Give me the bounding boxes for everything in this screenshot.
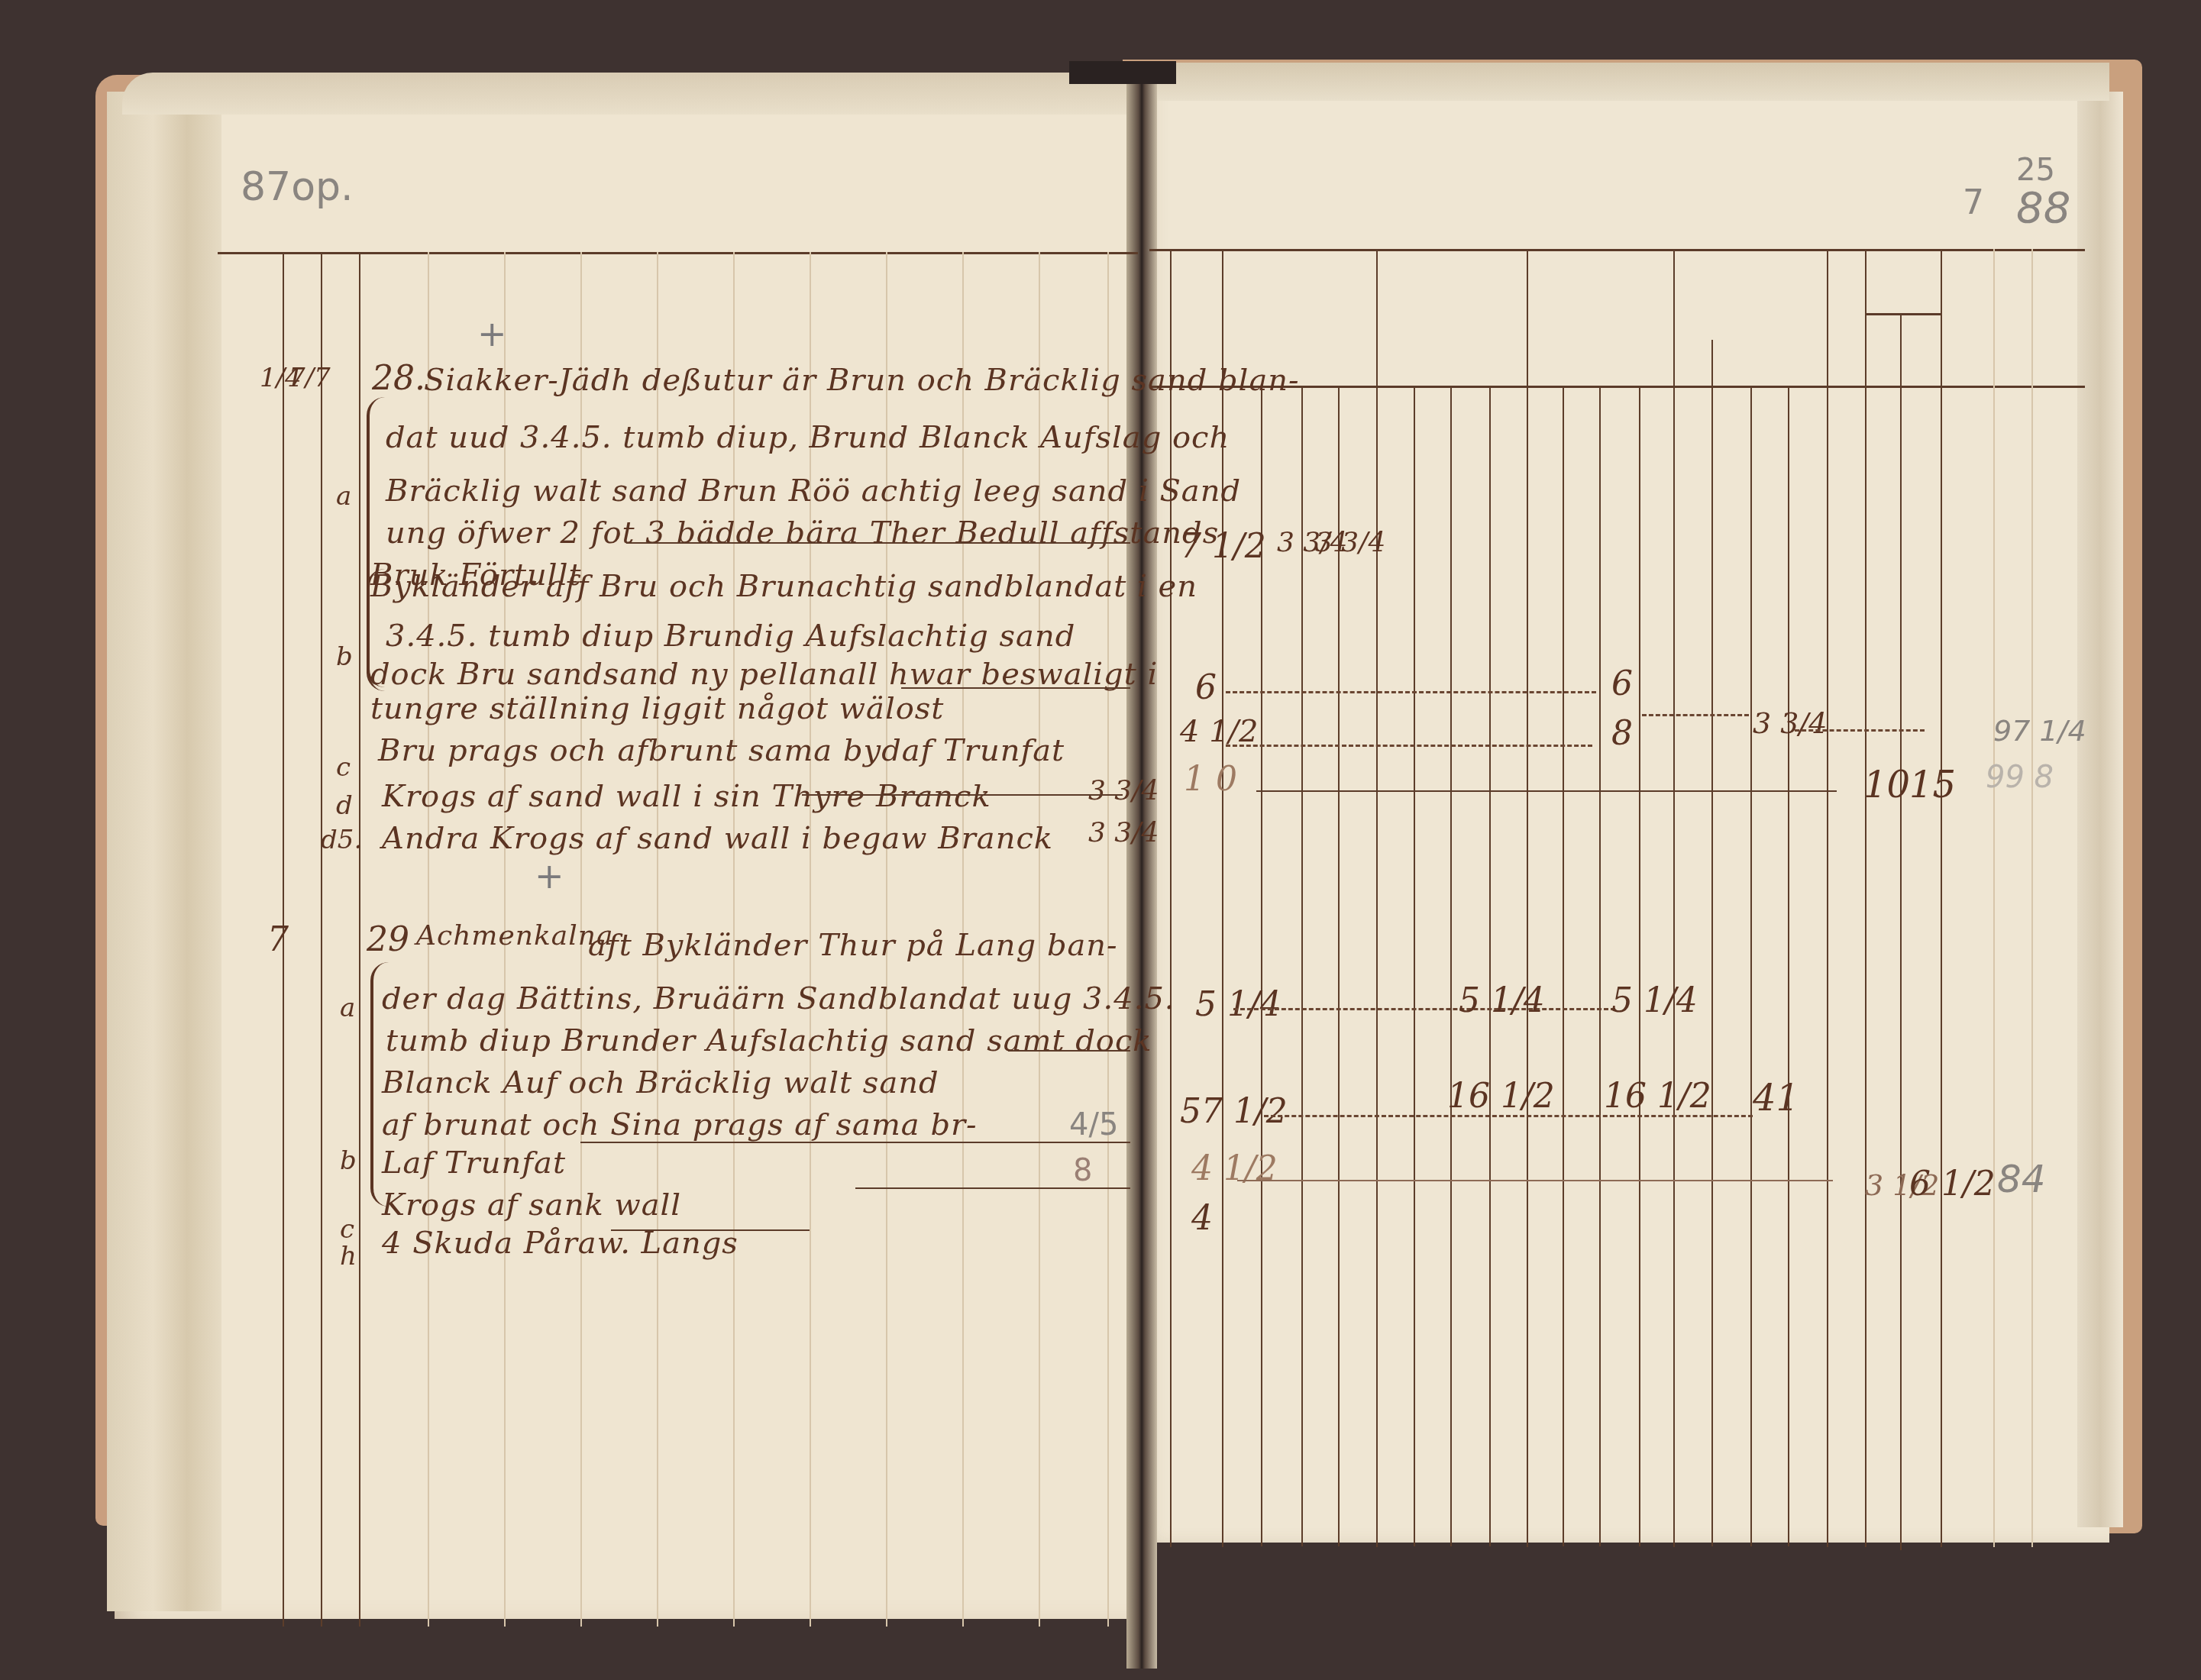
ditto-dashes [1795,729,1925,733]
pencil-cross-mark: + [477,313,507,354]
value-cell: 4 [1191,1199,1213,1238]
margin-rule-3 [359,252,360,1627]
line-divider [626,542,1130,544]
value-cell: 16 1/2 [1604,1077,1711,1116]
col-rule [1827,249,1828,1547]
entry-line: tungre ställning liggit något wälost [370,691,944,726]
col-rule [1750,386,1752,1546]
line-divider [580,1142,1130,1143]
line-value: 3 3/4 [1088,817,1159,848]
sub-label-b: b [340,1145,357,1176]
entry-line: Krogs af sank wall [382,1187,681,1223]
col-rule [1527,249,1528,1547]
value-cell: 7 1/2 [1180,527,1266,566]
total-cell: 15 [1909,764,1956,806]
value-cell: 5 1/4 [1195,985,1281,1024]
margin-mark: 7/7 [289,363,331,393]
sub-label-b: b [336,641,353,672]
value-cell: 1 0 [1184,760,1237,799]
col-rule [1941,249,1942,1547]
line-divider [901,687,1130,689]
col-rule [1563,386,1564,1546]
pencil-total: 97 1/4 [1993,714,2086,748]
col-rule [1599,386,1601,1546]
col-rule [1865,249,1866,1547]
col-rule [1414,386,1415,1546]
margin-rule-2 [321,252,322,1627]
entry-line: Bru prags och afbrunt sama bydaf Trunfat [378,733,1065,768]
col-rule [1338,386,1340,1546]
col-rule [1711,340,1713,1546]
right-page-top-edge [1139,63,2109,101]
value-cell: 41 [1753,1077,1799,1119]
entry-line: Laf Trunfat [382,1145,566,1181]
ditto-dashes [1226,691,1596,695]
sub-label-c: c [340,1214,354,1245]
ditto-dashes [1233,1008,1615,1012]
line-divider [1256,790,1837,792]
pencil-page-number: 88 [2016,183,2070,233]
right-header-subrule [1865,313,1941,315]
pencil-mark: 4/5 [1069,1107,1118,1142]
ditto-dashes [1642,714,1749,718]
value-cell: 4 1/2 [1191,1149,1278,1188]
line-divider [1008,1050,1130,1052]
entry-line: Siakker-Jädh deßutur är Brun och Bräckli… [424,363,1300,398]
value-cell: 57 1/2 [1180,1092,1288,1131]
left-page-stack-edge [107,92,221,1611]
value-cell: 16 1/2 [1447,1077,1555,1116]
book-gutter [1126,65,1157,1669]
right-header-rule-top [1149,249,2085,251]
entry-line: Bräcklig walt sand Brun Röö achtig leeg … [386,473,1241,509]
ditto-dashes [1226,745,1592,748]
right-page-stack-edge [2077,92,2123,1527]
value-cell: 5 1/4 [1459,981,1545,1020]
entry-line: Blanck Auf och Bräcklig walt sand [382,1065,939,1100]
line-value: 3 3/4 [1088,775,1159,806]
book-spine [1069,61,1176,84]
entry-line: Bykländer aff Bru och Brunachtig sandbla… [370,569,1197,604]
col-rule [1301,386,1303,1546]
value-cell: 3 3/4 [1753,706,1827,740]
line-divider [802,794,1123,796]
margin-mark: 7 [267,920,289,959]
col-rule [1673,249,1675,1547]
sub-label-a: a [340,993,355,1023]
entry-line: ung öfwer 2 fot 3 bädde bära Ther Bedull… [386,515,1219,551]
entry-line: af brunat och Sina prags af sama br- [382,1107,978,1142]
entry-line: aft Bykländer Thur på Lang ban- [588,928,1118,963]
entry-number: 29 [367,920,409,959]
entry-line: 3.4.5. tumb diup Brundig Aufslachtig san… [386,619,1075,654]
value-cell: 6 [1195,668,1217,707]
col-rule [1489,386,1491,1546]
left-header-rule [218,252,1138,254]
entry-line: Krogs af sand wall i sin Thyre Branck [382,779,991,814]
col-rule [1376,249,1378,1547]
faint-rule [1993,249,1995,1547]
sub-label-a: a [336,481,351,512]
right-page [1139,76,2109,1543]
value-cell: 3 3/4 [1315,527,1385,558]
pencil-total: 84 [1997,1157,2046,1201]
value-cell: 6 [1611,664,1633,703]
entry-line: tumb diup Brunder Aufslachtig sand samt … [386,1023,1152,1058]
pencil-cross-mark: + [535,855,564,897]
entry-line: Andra Krogs af sand wall i begaw Branck [382,821,1053,856]
pencil-folio-left: 87op. [241,164,354,210]
faint-rule [2031,249,2033,1547]
entry-title: Achmenkalna [416,920,613,951]
sub-label-d5: d5. [321,825,362,855]
entry-number: 28. [372,359,425,398]
value-cell: 8 [1611,714,1633,753]
line-divider [1237,1180,1833,1181]
sub-label-h: h [340,1241,357,1271]
pencil-mark: 8 [1073,1153,1092,1188]
entry-line: dat uud 3.4.5. tumb diup, Brund Blanck A… [386,420,1230,455]
pencil-total: 99 8 [1986,760,2054,795]
total-cell: 6 1/2 [1909,1165,1996,1203]
col-rule [1788,386,1789,1546]
line-divider [611,1229,810,1231]
sub-label-d: d [336,790,353,821]
col-rule [1900,313,1902,1550]
col-rule [1639,386,1640,1546]
value-cell: 5 1/4 [1611,981,1698,1020]
col-rule [1450,386,1452,1546]
line-divider [855,1187,1130,1189]
pencil-left-number: 7 [1963,183,1984,222]
total-cell: 10 [1863,764,1910,806]
entry-line: der dag Bättins, Bruäärn Sandblandat uug… [382,981,1175,1016]
left-page-top-edge [122,73,1130,115]
sub-label-c: c [336,752,351,783]
